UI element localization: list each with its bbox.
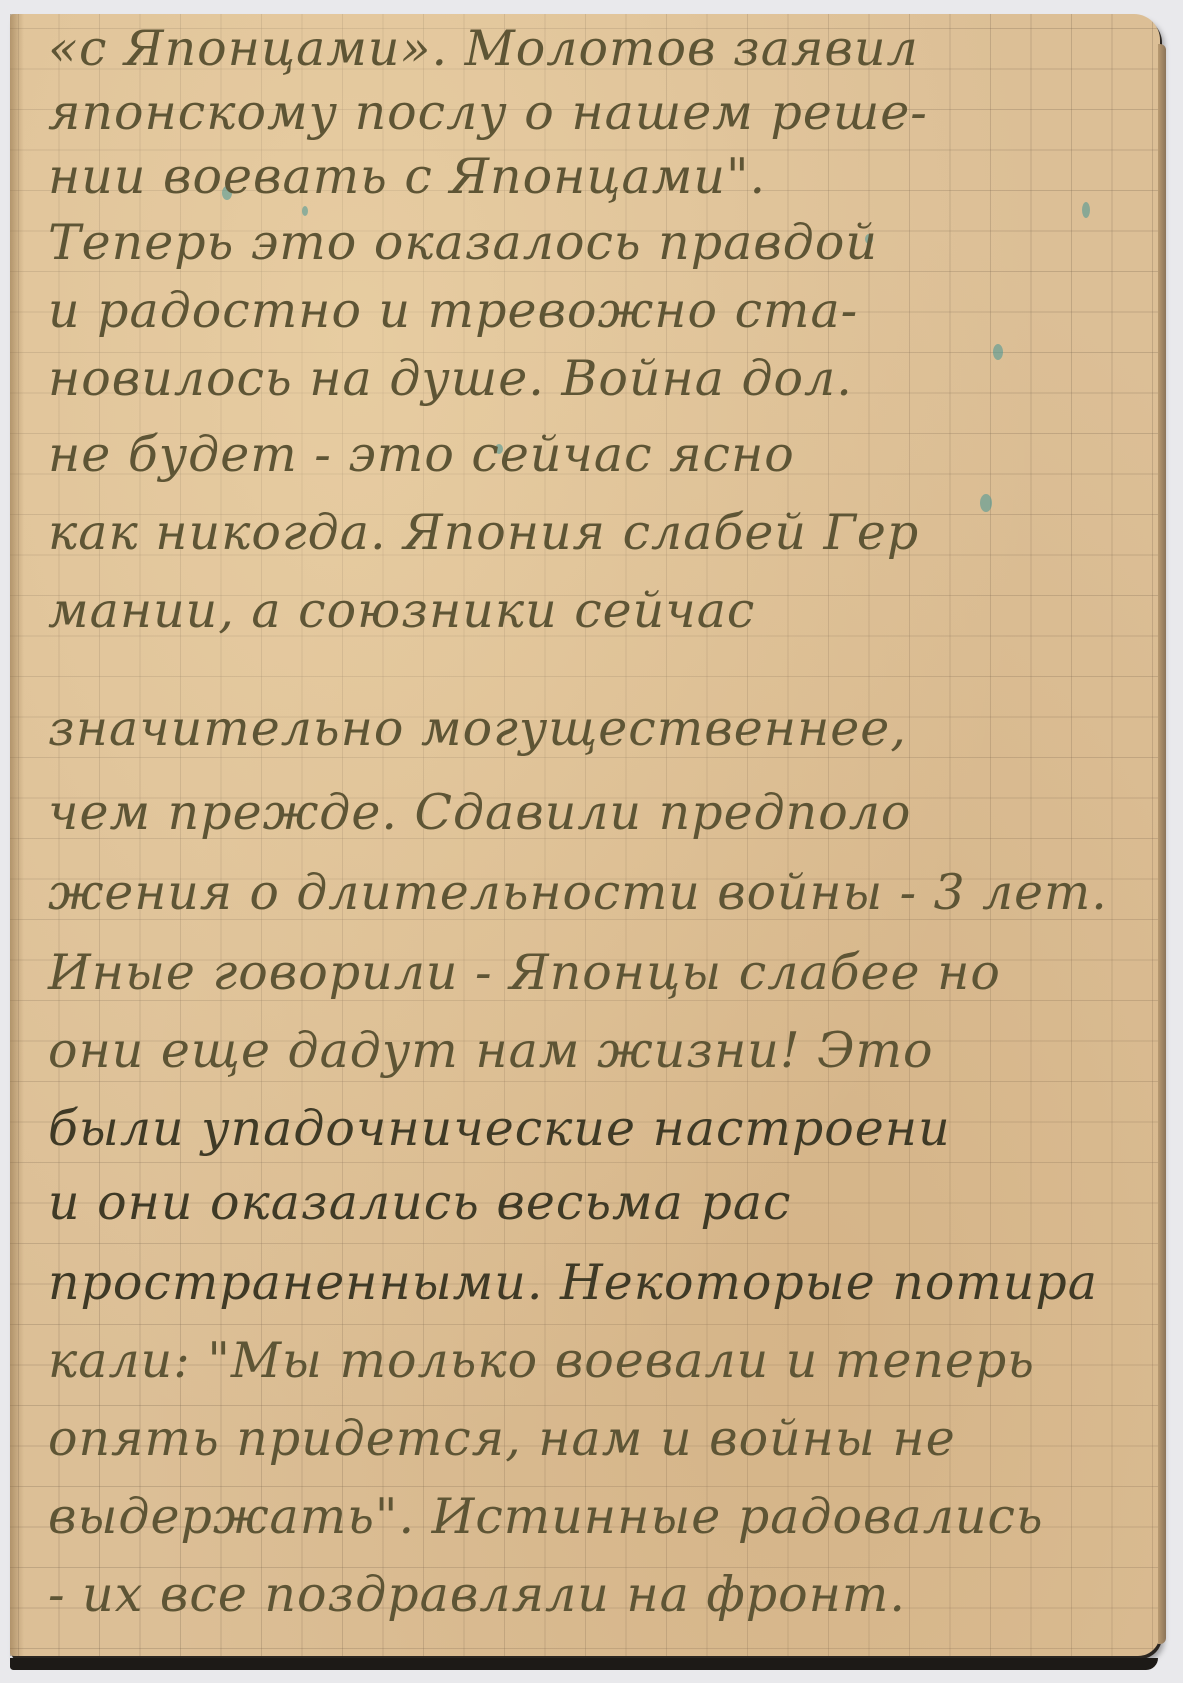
ink-spot bbox=[993, 344, 1003, 360]
ink-spot bbox=[1082, 202, 1090, 218]
handwritten-line: Иные говорили - Японцы слабее но bbox=[48, 944, 1001, 1001]
handwritten-line: они еще дадут нам жизни! Это bbox=[48, 1022, 934, 1079]
handwritten-line: японскому послу о нашем реше- bbox=[48, 84, 928, 141]
page-right-edge bbox=[1158, 44, 1166, 1644]
handwritten-line: новилось на душе. Война дол. bbox=[48, 350, 853, 407]
handwritten-line: пространенными. Некоторые потира bbox=[48, 1254, 1098, 1311]
handwritten-line: как никогда. Япония слабей Гер bbox=[48, 504, 919, 561]
handwritten-line: - их все поздравляли на фронт. bbox=[48, 1566, 906, 1623]
handwritten-line: значительно могущественнее, bbox=[48, 700, 907, 757]
ink-spot bbox=[980, 494, 992, 512]
page-binding-shadow bbox=[10, 14, 24, 1656]
handwritten-line: и радостно и тревожно ста- bbox=[48, 282, 858, 339]
notebook-page: «с Японцами». Молотов заявил японскому п… bbox=[10, 14, 1160, 1656]
handwritten-line: кали: "Мы только воевали и теперь bbox=[48, 1332, 1035, 1389]
handwritten-line: жения о длительности войны - 3 лет. bbox=[48, 864, 1108, 921]
handwritten-line: «с Японцами». Молотов заявил bbox=[48, 20, 919, 77]
handwritten-line: выдержать". Истинные радовались bbox=[48, 1488, 1044, 1545]
handwritten-line: были упадочнические настроени bbox=[48, 1100, 951, 1157]
notebook-cover-edge bbox=[10, 1658, 1158, 1670]
handwritten-line: нии воевать с Японцами". bbox=[48, 148, 766, 205]
handwritten-line: не будет - это сейчас ясно bbox=[48, 426, 795, 483]
handwritten-line: опять придется, нам и войны не bbox=[48, 1410, 956, 1467]
handwritten-line: Теперь это оказалось правдой bbox=[48, 214, 878, 271]
handwritten-line: чем прежде. Сдавили предполо bbox=[48, 784, 911, 841]
handwritten-line: и они оказались весьма рас bbox=[48, 1174, 792, 1231]
handwritten-line: мании, а союзники сейчас bbox=[48, 582, 755, 639]
